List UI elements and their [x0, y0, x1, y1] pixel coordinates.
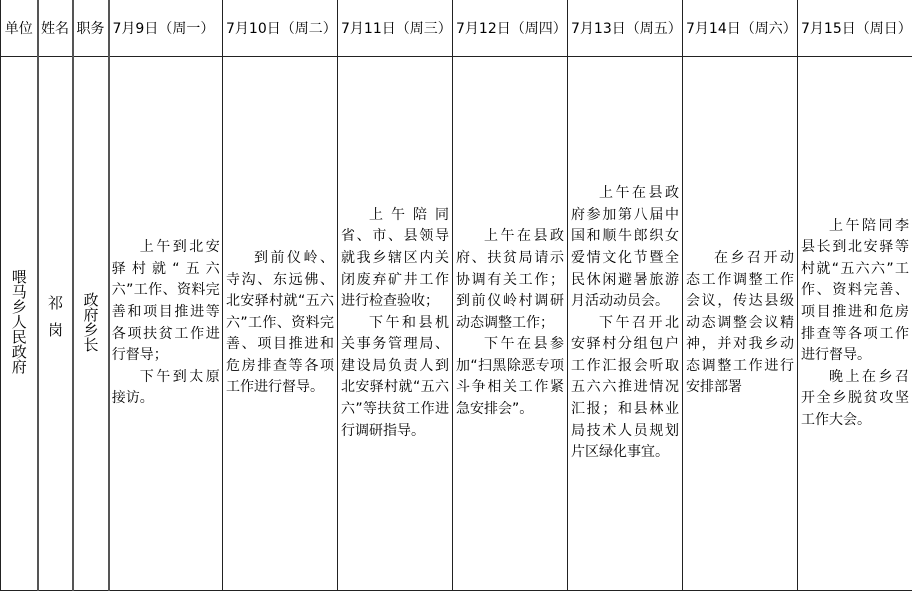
schedule-paragraph: 上午陪同省、市、县领导就我乡辖区内关闭废弃矿井工作进行检查验收；	[341, 205, 449, 313]
schedule-cell-wed: 上午陪同省、市、县领导就我乡辖区内关闭废弃矿井工作进行检查验收； 下午和县机关事…	[338, 57, 453, 591]
header-day-tue: 7月10日（周二）	[223, 0, 338, 57]
schedule-cell-mon: 上午到北安驿村就“五六六”工作、资料完善和项目推进等各项扶贫工作进行督导； 下午…	[109, 57, 223, 591]
schedule-paragraph: 上午在县政府、扶贫局请示协调有关工作；到前仪岭村调研动态调整工作；	[456, 226, 564, 334]
schedule-paragraph: 下午在县参加“扫黑除恶专项斗争相关工作紧急安排会”。	[456, 334, 564, 420]
header-day-mon: 7月9日（周一）	[109, 0, 223, 57]
table-row: 喂马乡人民政府 祁岗 政府乡长 上午到北安驿村就“五六六”工作、资料完善和项目推…	[1, 57, 912, 591]
schedule-paragraph: 晚上在乡召开全乡脱贫攻坚工作大会。	[801, 367, 909, 432]
header-position: 职务	[73, 0, 109, 57]
header-name: 姓名	[38, 0, 73, 57]
schedule-paragraph: 上午到北安驿村就“五六六”工作、资料完善和项目推进等各项扶贫工作进行督导；	[112, 237, 220, 367]
schedule-paragraph: 在乡召开动态工作调整工作会议，传达县级动态调整会议精神，并对我乡动态调整工作进行…	[686, 248, 794, 399]
header-row: 单位 姓名 职务 7月9日（周一） 7月10日（周二） 7月11日（周三） 7月…	[1, 0, 912, 57]
header-day-sun: 7月15日（周日）	[798, 0, 912, 57]
header-day-wed: 7月11日（周三）	[338, 0, 453, 57]
unit-cell: 喂马乡人民政府	[1, 57, 38, 591]
schedule-paragraph: 到前仪岭、寺沟、东远佛、北安驿村就“五六六”工作、资料完善、项目推进和危房排查等…	[226, 248, 334, 399]
schedule-paragraph: 下午召开北安驿村分组包户工作汇报会听取五六六推进情况汇报；和县林业局技术人员规划…	[571, 313, 679, 464]
name-cell: 祁岗	[38, 57, 73, 591]
schedule-cell-tue: 到前仪岭、寺沟、东远佛、北安驿村就“五六六”工作、资料完善、项目推进和危房排查等…	[223, 57, 338, 591]
header-day-sat: 7月14日（周六）	[683, 0, 798, 57]
name-value: 祁岗	[47, 295, 63, 349]
position-cell: 政府乡长	[73, 57, 109, 591]
schedule-cell-thu: 上午在县政府、扶贫局请示协调有关工作；到前仪岭村调研动态调整工作； 下午在县参加…	[453, 57, 568, 591]
position-value: 政府乡长	[83, 292, 99, 352]
header-day-fri: 7月13日（周五）	[568, 0, 683, 57]
schedule-paragraph: 下午到太原接访。	[112, 367, 220, 410]
schedule-table: 单位 姓名 职务 7月9日（周一） 7月10日（周二） 7月11日（周三） 7月…	[0, 0, 912, 591]
schedule-paragraph: 上午在县政府参加第八届中国和顺牛郎织女爱情文化节暨全民休闲避暑旅游月活动动员会。	[571, 183, 679, 313]
schedule-paragraph: 下午和县机关事务管理局、建设局负责人到北安驿村就“五六六”等扶贫工作进行调研指导…	[341, 313, 449, 443]
schedule-paragraph: 上午陪同李县长到北安驿等村就“五六六”工作、资料完善、项目推进和危房排查等各项工…	[801, 216, 909, 367]
schedule-cell-sat: 在乡召开动态工作调整工作会议，传达县级动态调整会议精神，并对我乡动态调整工作进行…	[683, 57, 798, 591]
schedule-cell-sun: 上午陪同李县长到北安驿等村就“五六六”工作、资料完善、项目推进和危房排查等各项工…	[798, 57, 912, 591]
header-day-thu: 7月12日（周四）	[453, 0, 568, 57]
unit-value: 喂马乡人民政府	[11, 269, 27, 374]
header-unit: 单位	[1, 0, 38, 57]
schedule-cell-fri: 上午在县政府参加第八届中国和顺牛郎织女爱情文化节暨全民休闲避暑旅游月活动动员会。…	[568, 57, 683, 591]
